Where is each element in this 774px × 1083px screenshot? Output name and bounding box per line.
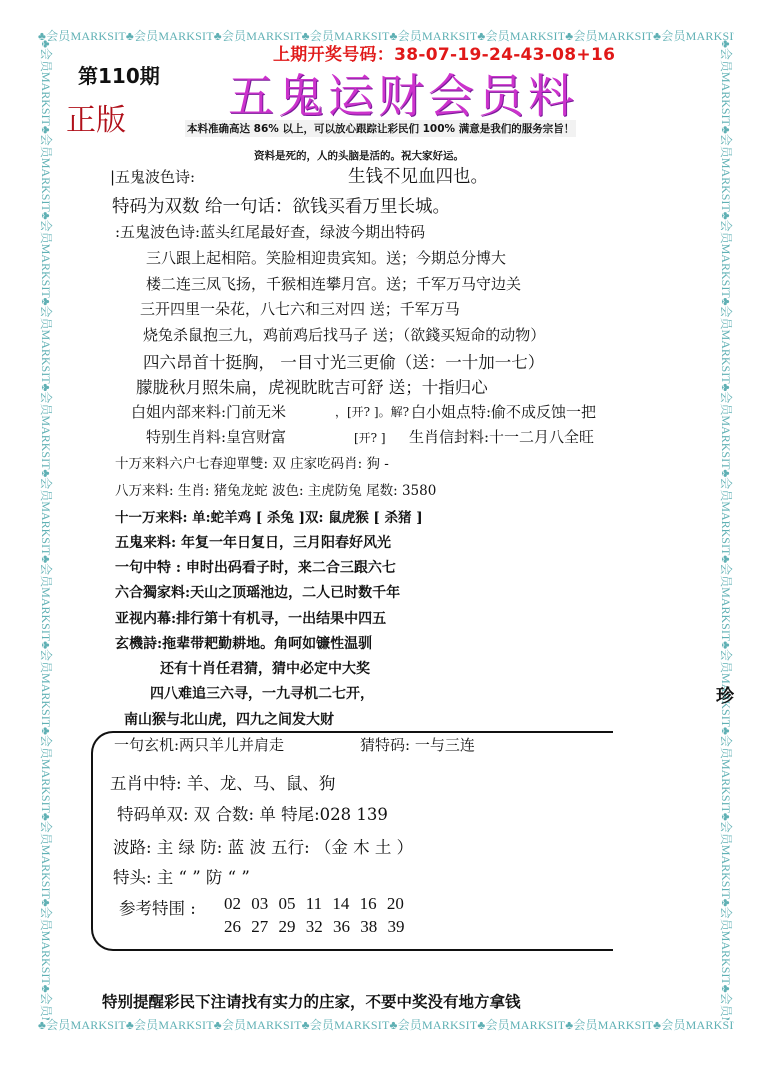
content-line: 特码为双数 给一句话：欲钱买看万里长城。 (112, 193, 450, 218)
watermark-border-bottom: ♣会员MARKSIT♣会员MARKSIT♣会员MARKSIT♣会员MARKSIT… (38, 1017, 734, 1033)
five-zodiac-line: 五肖中特: 羊、龙、马、鼠、狗 (110, 770, 335, 794)
guess-line: 猜特码: 一与三连 (360, 734, 475, 755)
reference-label: 参考特围 : (119, 895, 196, 919)
head-line: 特头: 主 “ ” 防 “ ” (113, 864, 250, 888)
ref-number: 16 (360, 894, 377, 913)
ref-number: 26 (224, 917, 241, 936)
line-label: |五鬼波色诗: (110, 168, 195, 186)
content-line-part: ，[开? ]。解? (335, 403, 409, 420)
content-line: 白姐内部来料:门前无米 (131, 401, 286, 422)
ref-number: 39 (388, 917, 405, 936)
content-line: 朦胧秋月照朱扁，虎视眈眈吉可舒 送；十指归心 (136, 374, 488, 398)
ref-number: 11 (306, 894, 322, 913)
five-zodiac-values: 羊、龙、马、鼠、狗 (187, 774, 336, 793)
ref-number: 20 (387, 894, 404, 913)
riddle-line: 一句玄机:两只羊儿并肩走 (114, 734, 284, 755)
odd-even-line: 特码单双: 双 合数: 单 特尾:028 139 (117, 801, 388, 825)
footer-notice: 特别提醒彩民下注请找有实力的庄家，不要中奖没有地方拿钱 (102, 990, 521, 1012)
ref-number: 38 (360, 917, 377, 936)
tagline-luck: 资料是死的，人的头脑是活的。祝大家好运。 (254, 148, 464, 163)
reference-numbers-row-1: 02 03 05 11 14 16 20 (224, 894, 404, 914)
content-line: 三八跟上起相陪。笑脸相迎贵宾知。送；今期总分博大 (146, 247, 506, 268)
reference-numbers-row-2: 26 27 29 32 36 38 39 (224, 917, 405, 937)
content-line: 十万来料六户七春迎單雙: 双 庄家吃码肖: 狗 - (115, 452, 389, 472)
content-line: 南山猴与北山虎，四九之间发大财 (124, 709, 334, 729)
five-zodiac-label: 五肖中特: (110, 774, 182, 793)
issue-number: 第110期 (78, 60, 160, 89)
genuine-badge: 正版 (66, 95, 126, 139)
content-line: :五鬼波色诗:蓝头红尾最好查，绿波今期出特码 (115, 221, 425, 242)
content-line: 三开四里一朵花，八七六和三对四 送；千军万马 (140, 298, 460, 319)
content-line: 六合獨家料:天山之顶瑶池边，二人已时数千年 (115, 582, 400, 602)
content-line: 五鬼来料: 年复一年日复日，三月阳春好风光 (115, 532, 391, 552)
ref-number: 02 (224, 894, 241, 913)
watermark-border-left: ♣会员MARKSIT♣会员MARKSIT♣会员MARKSIT♣会员MARKSIT… (38, 40, 54, 1020)
ref-number: 27 (251, 917, 268, 936)
ref-number: 36 (333, 917, 350, 936)
content-line: 八万来料: 生肖: 猪兔龙蛇 波色: 主虎防兔 尾数: 3580 (115, 479, 436, 499)
lottery-flyer-page: ♣会员MARKSIT♣会员MARKSIT♣会员MARKSIT♣会员MARKSIT… (0, 0, 774, 1083)
content-line-part: 白小姐点特:偷不成反蚀一把 (411, 401, 596, 422)
content-line: 一句中特 : 申时出码看子时，来二合三跟六七 (115, 557, 396, 577)
watermark-text: ♣会员MARKSIT♣会员MARKSIT♣会员MARKSIT♣会员MARKSIT… (38, 1018, 734, 1032)
ref-number: 32 (306, 917, 323, 936)
content-line: 十一万来料: 单:蛇羊鸡 [ 杀兔 ]双: 鼠虎猴 [ 杀猪 ] (115, 506, 423, 526)
content-line: 特别生肖料:皇宫财富 (146, 426, 286, 447)
watermark-text: ♣会员MARKSIT♣会员MARKSIT♣会员MARKSIT♣会员MARKSIT… (718, 40, 734, 1020)
wave-line: 波路: 主 绿 防: 蓝 波 五行: （金 木 土 ） (113, 834, 413, 858)
content-line-part: 生肖信封料:十一二月八全旺 (409, 426, 594, 447)
content-line: 玄機詩:拖辈带耙勤耕地。角呵如镰性温驯 (115, 633, 372, 653)
content-line: 烧兔杀鼠抱三九，鸡前鸡后找马子 送；（欲錢买短命的动物） (143, 324, 545, 345)
watermark-text: ♣会员MARKSIT♣会员MARKSIT♣会员MARKSIT♣会员MARKSIT… (38, 40, 54, 1020)
poem-heading: |五鬼波色诗: (110, 166, 195, 187)
tagline-accuracy: 本料准确高达 86% 以上，可以放心跟踪让彩民们 100% 满意是我们的服务宗旨… (185, 120, 576, 137)
page-title: 五鬼运财会员料 (228, 60, 578, 126)
content-line: 亚视内幕:排行第十有机寻，一出结果中四五 (115, 608, 386, 628)
content-line: 四六昂首十挺胸， 一目寸光三更偷（送：一十加一七） (143, 349, 544, 373)
ref-number: 03 (251, 894, 268, 913)
watermark-border-right: ♣会员MARKSIT♣会员MARKSIT♣会员MARKSIT♣会员MARKSIT… (718, 40, 734, 1020)
ref-number: 14 (332, 894, 349, 913)
side-stamp: 珍 (716, 682, 734, 708)
ref-number: 29 (279, 917, 296, 936)
content-line: 还有十肖任君猜，猜中必定中大奖 (160, 658, 370, 678)
poem-line: 生钱不见血四也。 (348, 163, 488, 188)
content-line: 四八难追三六寻，一九寻机二七开， (150, 683, 374, 703)
content-line: 楼二连三凤飞扬，千猴相连攀月宫。送；千军万马守边关 (146, 273, 521, 294)
ref-number: 05 (279, 894, 296, 913)
content-line-part: [开? ] (354, 429, 386, 446)
